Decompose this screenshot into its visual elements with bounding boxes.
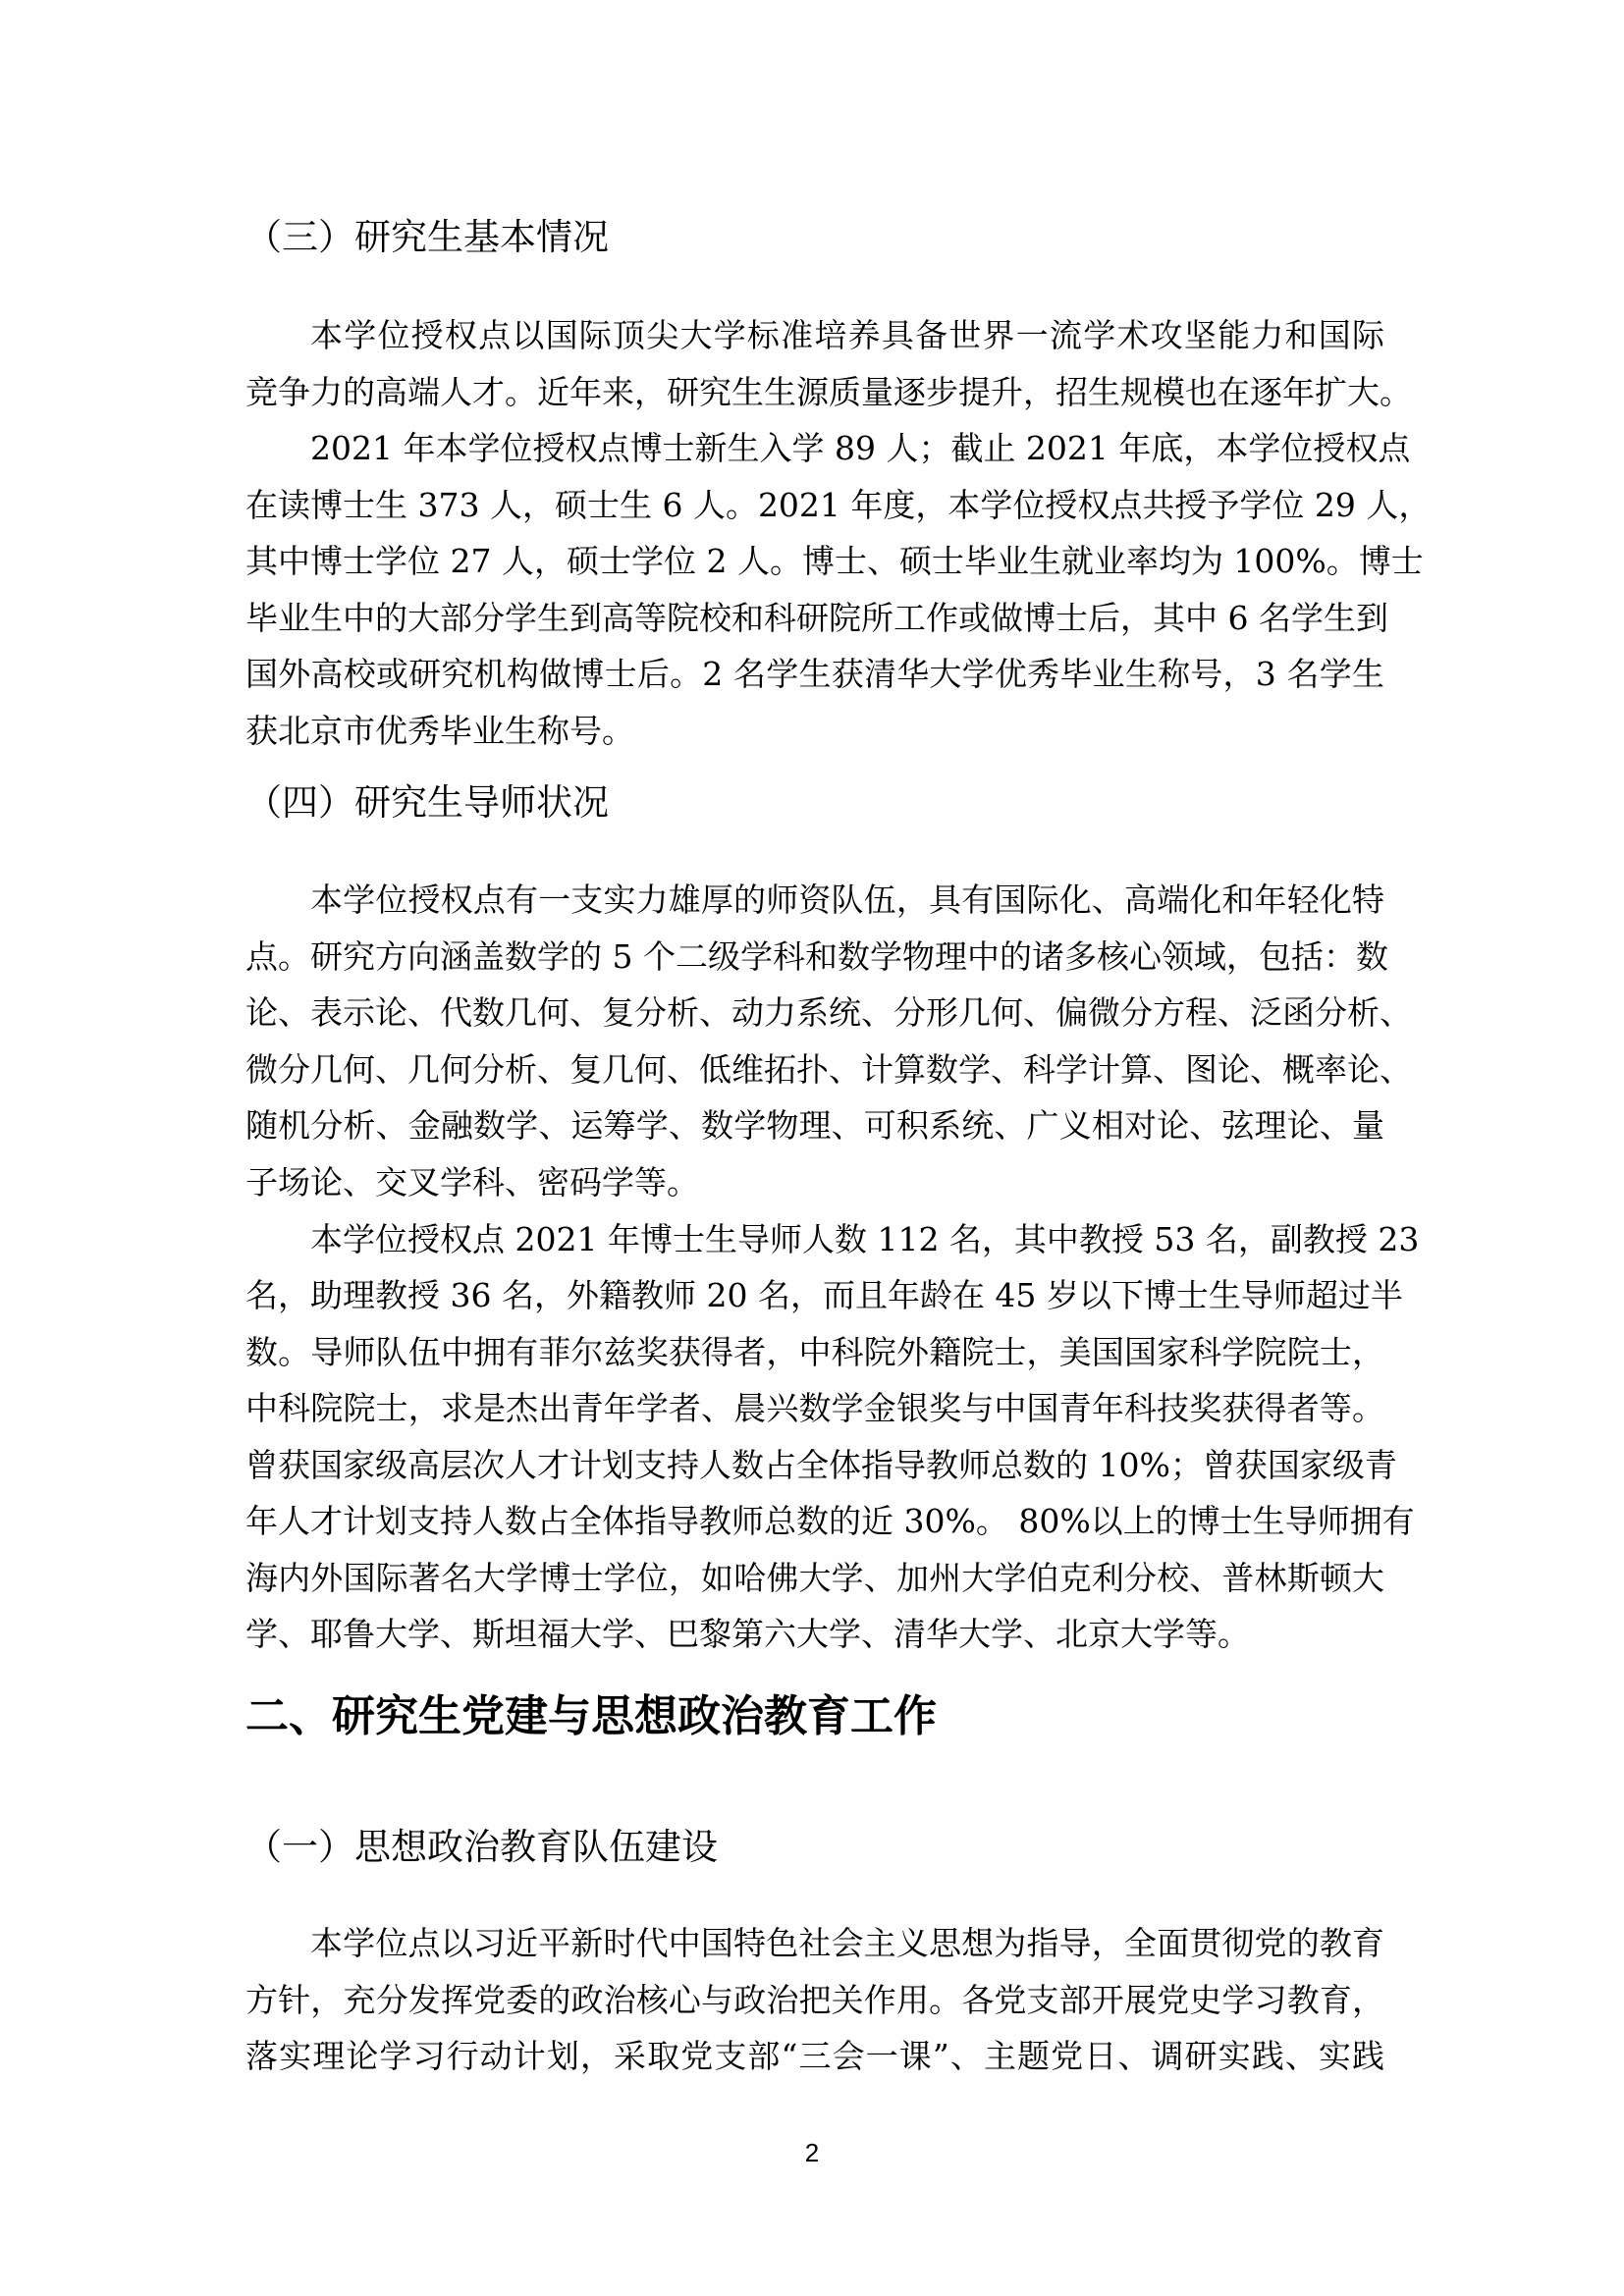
paragraph-line: 其中博士学位 27 人，硕士学位 2 人。博士、硕士毕业生就业率均为 100%。… xyxy=(245,542,1384,581)
paragraph-line: 本学位授权点有一支实力雄厚的师资队伍，具有国际化、高端化和年轻化特 xyxy=(310,881,1384,920)
chapter-heading-party-building: 二、研究生党建与思想政治教育工作 xyxy=(245,1692,937,1741)
section-heading-supervisors: （四）研究生导师状况 xyxy=(245,783,609,823)
paragraph-line: 数。导师队伍中拥有菲尔兹奖获得者，中科院外籍院士，美国国家科学院院士， xyxy=(245,1333,1384,1372)
paragraph-line: 论、表示论、代数几何、复分析、动力系统、分形几何、偏微分方程、泛函分析、 xyxy=(245,993,1384,1033)
paragraph-line: 获北京市优秀毕业生称号。 xyxy=(245,712,1384,751)
paragraph-line: 海内外国际著名大学博士学位，如哈佛大学、加州大学伯克利分校、普林斯顿大 xyxy=(245,1559,1384,1598)
page-number: 2 xyxy=(0,2138,1624,2167)
paragraph-line: 曾获国家级高层次人才计划支持人数占全体指导教师总数的 10%；曾获国家级青 xyxy=(245,1446,1384,1485)
paragraph-line: 2021 年本学位授权点博士新生入学 89 人；截止 2021 年底，本学位授权… xyxy=(310,429,1384,468)
paragraph-line: 本学位点以习近平新时代中国特色社会主义思想为指导，全面贯彻党的教育 xyxy=(310,1924,1384,1963)
paragraph-line: 随机分析、金融数学、运筹学、数学物理、可积系统、广义相对论、弦理论、量 xyxy=(245,1106,1384,1146)
paragraph-line: 点。研究方向涵盖数学的 5 个二级学科和数学物理中的诸多核心领域，包括：数 xyxy=(245,937,1384,977)
paragraph-line: 微分几何、几何分析、复几何、低维拓扑、计算数学、科学计算、图论、概率论、 xyxy=(245,1050,1384,1090)
paragraph-line: 学、耶鲁大学、斯坦福大学、巴黎第六大学、清华大学、北京大学等。 xyxy=(245,1615,1384,1654)
paragraph-line: 中科院院士，求是杰出青年学者、晨兴数学金银奖与中国青年科技奖获得者等。 xyxy=(245,1389,1384,1428)
section-heading-ideological-team: （一）思想政治教育队伍建设 xyxy=(245,1828,718,1867)
paragraph-line: 本学位授权点 2021 年博士生导师人数 112 名，其中教授 53 名，副教授… xyxy=(310,1220,1384,1259)
paragraph-line: 本学位授权点以国际顶尖大学标准培养具备世界一流学术攻坚能力和国际 xyxy=(310,316,1384,355)
paragraph-line: 子场论、交叉学科、密码学等。 xyxy=(245,1163,1384,1202)
paragraph-line: 毕业生中的大部分学生到高等院校和科研院所工作或做博士后，其中 6 名学生到 xyxy=(245,599,1384,638)
paragraph-line: 竞争力的高端人才。近年来，研究生生源质量逐步提升，招生规模也在逐年扩大。 xyxy=(245,373,1384,412)
paragraph-line: 方针，充分发挥党委的政治核心与政治把关作用。各党支部开展党史学习教育， xyxy=(245,1981,1384,2020)
paragraph-line: 名，助理教授 36 名，外籍教师 20 名，而且年龄在 45 岁以下博士生导师超… xyxy=(245,1276,1384,1315)
paragraph-line: 国外高校或研究机构做博士后。2 名学生获清华大学优秀毕业生称号，3 名学生 xyxy=(245,655,1384,694)
paragraph-line: 年人才计划支持人数占全体指导教师总数的近 30%。 80%以上的博士生导师拥有 xyxy=(245,1502,1384,1541)
paragraph-line: 在读博士生 373 人，硕士生 6 人。2021 年度，本学位授权点共授予学位 … xyxy=(245,486,1384,525)
paragraph-line: 落实理论学习行动计划，采取党支部“三会一课”、主题党日、调研实践、实践 xyxy=(245,2037,1384,2076)
section-heading-graduate-overview: （三）研究生基本情况 xyxy=(245,218,609,257)
document-page: （三）研究生基本情况 本学位授权点以国际顶尖大学标准培养具备世界一流学术攻坚能力… xyxy=(0,0,1624,2296)
